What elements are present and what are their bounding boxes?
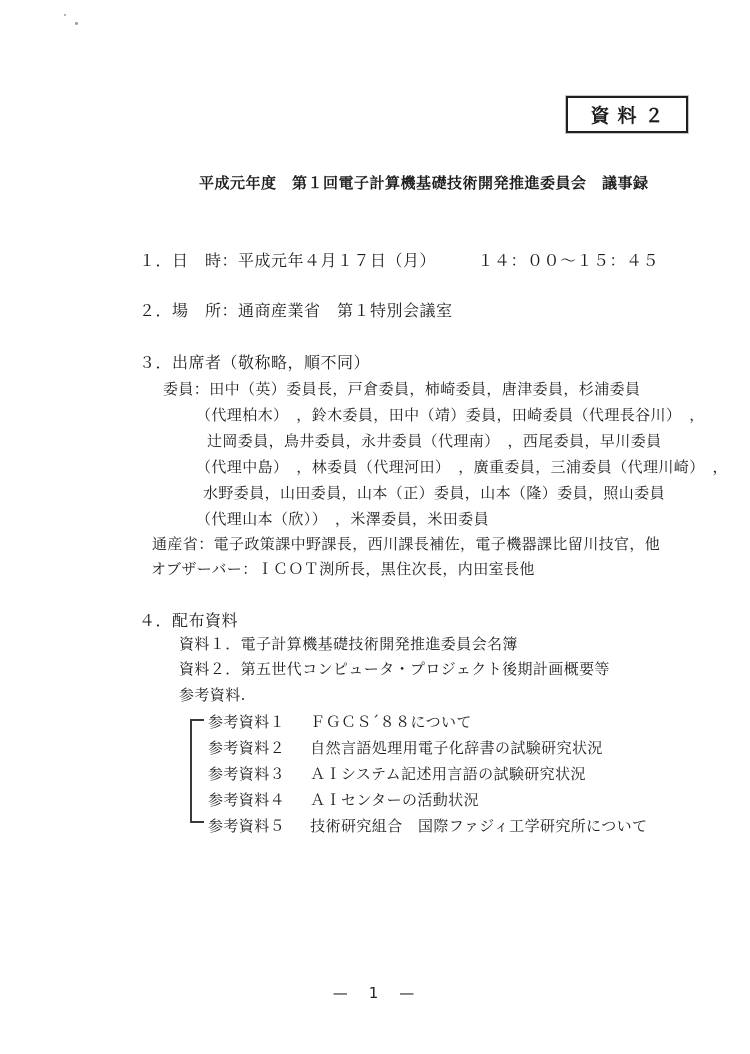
page-title: 平成元年度 第１回電子計算機基礎技術開発推進委員会 議事録	[199, 172, 649, 193]
reference-label: 参考資料２	[208, 737, 305, 758]
reference-title: 技術研究組合 国際ファジィ工学研究所について	[310, 817, 647, 835]
reference-title: ＡＩシステム記述用言語の試験研究状況	[310, 765, 586, 783]
reference-title: ＡＩセンターの活動状況	[310, 791, 479, 809]
page-number: — 1 —	[0, 982, 750, 1003]
reference-item: 参考資料１ ＦＧＣＳ´８８について	[208, 711, 472, 732]
handout-item: 参考資料.	[179, 684, 246, 705]
reference-label: 参考資料５	[208, 815, 305, 836]
reference-item: 参考資料４ ＡＩセンターの活動状況	[208, 789, 479, 810]
reference-title: 自然言語処理用電子化辞書の試験研究状況	[310, 739, 603, 757]
reference-list-bracket	[190, 719, 206, 823]
reference-item: 参考資料２ 自然言語処理用電子化辞書の試験研究状況	[208, 737, 603, 758]
reference-title: ＦＧＣＳ´８８について	[310, 713, 472, 731]
scan-speck	[64, 14, 66, 16]
attendees-line: （代理山本（欣）） ，米澤委員，米田委員	[196, 508, 489, 529]
scan-speck	[75, 22, 78, 25]
section-attendees-heading: ３．出席者（敬称略，順不同）	[139, 350, 370, 373]
reference-item: 参考資料３ ＡＩシステム記述用言語の試験研究状況	[208, 763, 586, 784]
attendees-line: （代理柏木） ，鈴木委員，田中（靖）委員，田崎委員（代理長谷川） ，	[196, 404, 705, 425]
attendees-line: 辻岡委員，鳥井委員，永井委員（代理南） ，西尾委員，早川委員	[207, 430, 662, 451]
document-page: 資料２ 平成元年度 第１回電子計算機基礎技術開発推進委員会 議事録 １．日 時：…	[0, 0, 750, 1054]
corner-label-box: 資料２	[566, 96, 688, 133]
attendees-line-observers: オブザーバー：ＩＣＯＴ渕所長，黒住次長，内田室長他	[151, 558, 535, 579]
reference-label: 参考資料３	[208, 763, 305, 784]
handout-item: 資料１．電子計算機基礎技術開発推進委員会名簿	[179, 633, 518, 654]
attendees-line: 水野委員，山田委員，山本（正）委員，山本（隆）委員，照山委員	[203, 482, 665, 503]
section-place: ２．場 所：通商産業省 第１特別会議室	[139, 298, 453, 321]
corner-label: 資料２	[582, 101, 671, 128]
reference-label: 参考資料４	[208, 789, 305, 810]
attendees-line-ministry: 通産省：電子政策課中野課長，西川課長補佐，電子機器課比留川技官，他	[152, 533, 660, 554]
attendees-line: 委員：田中（英）委員長，戸倉委員，柿崎委員，唐津委員，杉浦委員	[163, 378, 640, 399]
reference-label: 参考資料１	[208, 711, 305, 732]
handout-item: 資料２．第五世代コンピュータ・プロジェクト後期計画概要等	[179, 658, 610, 679]
section-handouts-heading: ４．配布資料	[139, 608, 238, 631]
reference-item: 参考資料５ 技術研究組合 国際ファジィ工学研究所について	[208, 815, 647, 836]
attendees-line: （代理中島） ，林委員（代理河田） ，廣重委員，三浦委員（代理川崎） ，	[196, 456, 728, 477]
section-datetime: １．日 時：平成元年４月１７日（月） １４：００～１５：４５	[139, 248, 659, 271]
